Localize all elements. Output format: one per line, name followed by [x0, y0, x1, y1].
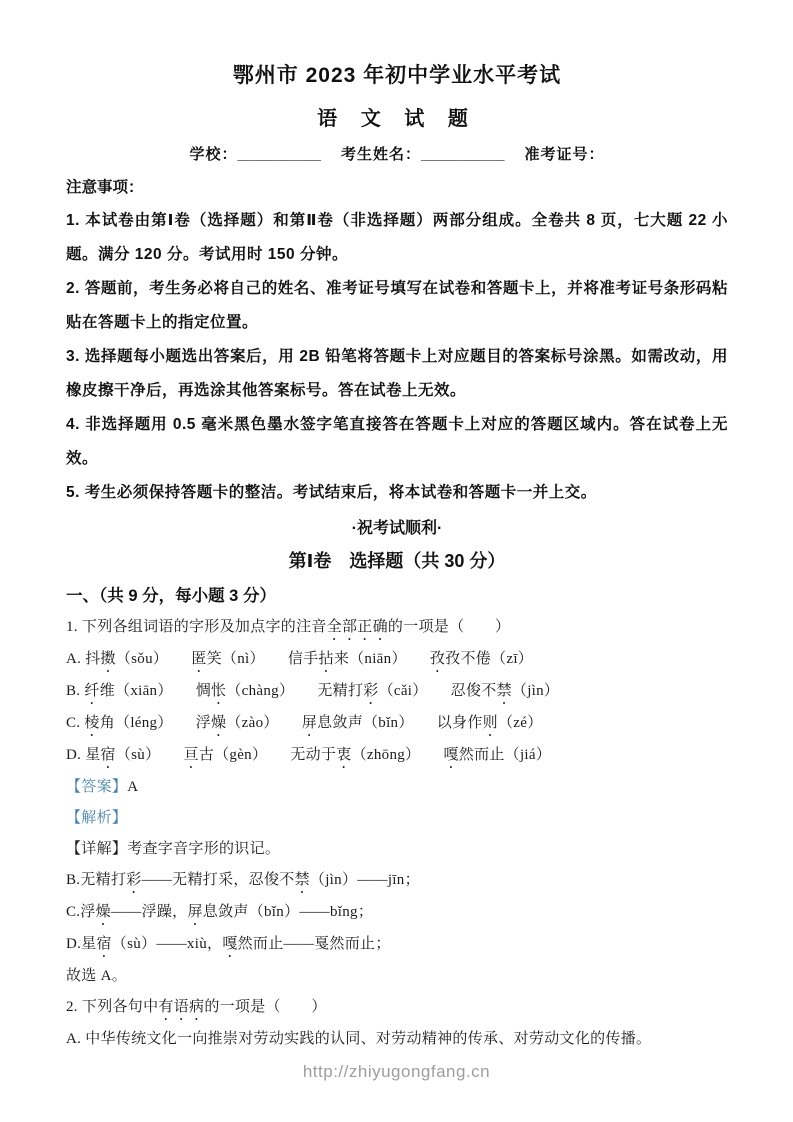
text-run: A. 抖 — [66, 651, 101, 667]
conclusion-line: 故选 A。 — [66, 961, 728, 992]
question-1-stem: 1. 下列各组词语的字形及加点字的注音全部正确的一项是（ ） — [66, 612, 728, 644]
detail-line: 【详解】考查字音字形的识记。 — [66, 834, 728, 865]
text-run: （chàng） 无精打 — [226, 683, 363, 699]
text-run: 角（léng） 浮 — [100, 715, 211, 731]
text-run: 2. 下列各句中 — [66, 999, 158, 1015]
text-run: （jìn） — [512, 683, 559, 699]
ticket-number-label: 准考证号： — [524, 146, 604, 163]
exam-subject-title: 语 文 试 题 — [66, 104, 728, 134]
emphasized-char: 亘 — [184, 747, 199, 763]
text-run: D.星 — [66, 936, 96, 952]
emphasized-char: 棱 — [84, 715, 99, 731]
text-run: （zé） — [498, 715, 543, 731]
text-run: B.无精打 — [66, 872, 126, 888]
section-heading: 一、（共 9 分，每小题 3 分） — [66, 580, 728, 612]
notice-heading: 注意事项： — [66, 172, 728, 204]
emphasized-char: 宿 — [101, 747, 116, 763]
solution-line-b: B.无精打彩——无精打采，忍俊不禁（jìn）——jīn； — [66, 865, 728, 897]
question-1-option-b: B. 纤维（xiān） 惆怅（chàng） 无精打彩（cǎi） 忍俊不禁（jìn… — [66, 676, 728, 708]
text-run: ——浮躁， — [111, 904, 188, 920]
school-label: 学校： — [190, 146, 238, 163]
question-2-option-a: A. 中华传统文化一向推崇对劳动实践的认同、对劳动精神的传承、对劳动文化的传播。 — [66, 1024, 728, 1055]
emphasized-char: 全部正确 — [327, 619, 388, 635]
emphasized-char: 擞 — [101, 651, 116, 667]
text-run: （jìn）——jīn； — [310, 872, 420, 888]
notice-item-2: 2. 答题前，考生务必将自己的姓名、准考证号填写在试卷和答题卡上，并将准考证号条… — [66, 272, 728, 340]
text-run: 来（niān） — [334, 651, 430, 667]
notice-item-5: 5. 考生必须保持答题卡的整洁。考试结束后，将本试卷和答题卡一并上交。 — [66, 476, 728, 510]
text-run: 1. 下列各组词语的字形及加点字的注音 — [66, 619, 327, 635]
notice-item-1: 1. 本试卷由第Ⅰ卷（选择题）和第Ⅱ卷（非选择题）两部分组成。全卷共 8 页，七… — [66, 204, 728, 272]
emphasized-char: 燥 — [96, 904, 111, 920]
text-run: 古（gèn） 无动于 — [199, 747, 336, 763]
text-run: （sù） — [116, 747, 184, 763]
emphasized-char: 屏 — [302, 715, 317, 731]
emphasized-char: 衷 — [336, 747, 351, 763]
text-run: 息敛声（bǐn） 以身作 — [317, 715, 483, 731]
answer-label: 【答案】 — [66, 779, 127, 795]
text-run: （sù）——xiù， — [112, 936, 223, 952]
text-run: 然而止（jiá） — [459, 747, 551, 763]
candidate-name-blank: __________ — [421, 146, 504, 163]
emphasized-char: 屏 — [187, 904, 202, 920]
emphasized-char: 彩 — [126, 872, 141, 888]
exam-wish-line: ·祝考试顺利· — [66, 514, 728, 544]
solution-line-c: C.浮燥——浮躁，屏息敛声（bǐn）——bǐng； — [66, 897, 728, 929]
text-run: 孜不倦（zī） — [445, 651, 533, 667]
solution-line-d: D.星宿（sù）——xiù，嘎然而止——戛然而止； — [66, 929, 728, 961]
text-run: 的一项是（ ） — [388, 619, 510, 635]
emphasized-char: 孜 — [430, 651, 445, 667]
question-1-option-d: D. 星宿（sù） 亘古（gèn） 无动于衷（zhōng） 嘎然而止（jiá） — [66, 740, 728, 772]
text-run: C.浮 — [66, 904, 96, 920]
emphasized-char: 怅 — [211, 683, 226, 699]
notice-item-4: 4. 非选择题用 0.5 毫米黑色墨水签字笔直接答在答题卡上对应的答题区域内。答… — [66, 408, 728, 476]
emphasized-char: 拈 — [319, 651, 334, 667]
text-run: （cǎi） 忍俊不 — [379, 683, 497, 699]
volume-heading: 第Ⅰ卷 选择题（共 30 分） — [66, 544, 728, 578]
exam-paper-page: 鄂州市 2023 年初中学业水平考试 语 文 试 题 学校：__________… — [0, 0, 793, 1122]
emphasized-char: 禁 — [497, 683, 512, 699]
text-run: （zào） — [226, 715, 301, 731]
emphasized-char: 嘎 — [443, 747, 458, 763]
emphasized-char: 纤 — [84, 683, 99, 699]
emphasized-char: 禁 — [295, 872, 310, 888]
notice-item-3: 3. 选择题每小题选出答案后，用 2B 铅笔将答题卡上对应题目的答案标号涂黑。如… — [66, 340, 728, 408]
emphasized-char: 则 — [483, 715, 498, 731]
emphasized-char: 燥 — [211, 715, 226, 731]
text-run: 息敛声（bǐn）——bǐng； — [203, 904, 373, 920]
question-1-option-c: C. 棱角（léng） 浮燥（zào） 屏息敛声（bǐn） 以身作则（zé） — [66, 708, 728, 740]
candidate-info-line: 学校：__________考生姓名：__________准考证号： — [66, 142, 728, 168]
question-2-stem: 2. 下列各句中有语病的一项是（ ） — [66, 992, 728, 1024]
text-run: D. 星 — [66, 747, 101, 763]
text-run: （sǒu） — [116, 651, 191, 667]
text-run: B. — [66, 683, 84, 699]
emphasized-char: 有语病 — [158, 999, 204, 1015]
text-run: C. — [66, 715, 84, 731]
emphasized-char: 匿 — [191, 651, 206, 667]
answer-value: A — [127, 779, 138, 795]
emphasized-char: 宿 — [96, 936, 111, 952]
candidate-name-label: 考生姓名： — [341, 146, 421, 163]
watermark-url: http://zhiyugongfang.cn — [0, 1062, 793, 1082]
analysis-label: 【解析】 — [66, 803, 728, 834]
text-run: 的一项是（ ） — [204, 999, 326, 1015]
text-run: 维（xiān） 惆 — [100, 683, 211, 699]
text-run: 然而止——戛然而止； — [238, 936, 391, 952]
question-1-option-a: A. 抖擞（sǒu） 匿笑（nì） 信手拈来（niān） 孜孜不倦（zī） — [66, 644, 728, 676]
page-title: 鄂州市 2023 年初中学业水平考试 — [66, 62, 728, 90]
page-content: 鄂州市 2023 年初中学业水平考试 语 文 试 题 学校：__________… — [66, 62, 728, 1055]
emphasized-char: 彩 — [363, 683, 378, 699]
text-run: ——无精打采，忍俊不 — [142, 872, 295, 888]
emphasized-char: 嘎 — [222, 936, 237, 952]
answer-1-line: 【答案】A — [66, 772, 728, 803]
text-run: 笑（nì） 信手 — [207, 651, 319, 667]
text-run: （zhōng） — [352, 747, 444, 763]
school-blank: __________ — [238, 146, 321, 163]
